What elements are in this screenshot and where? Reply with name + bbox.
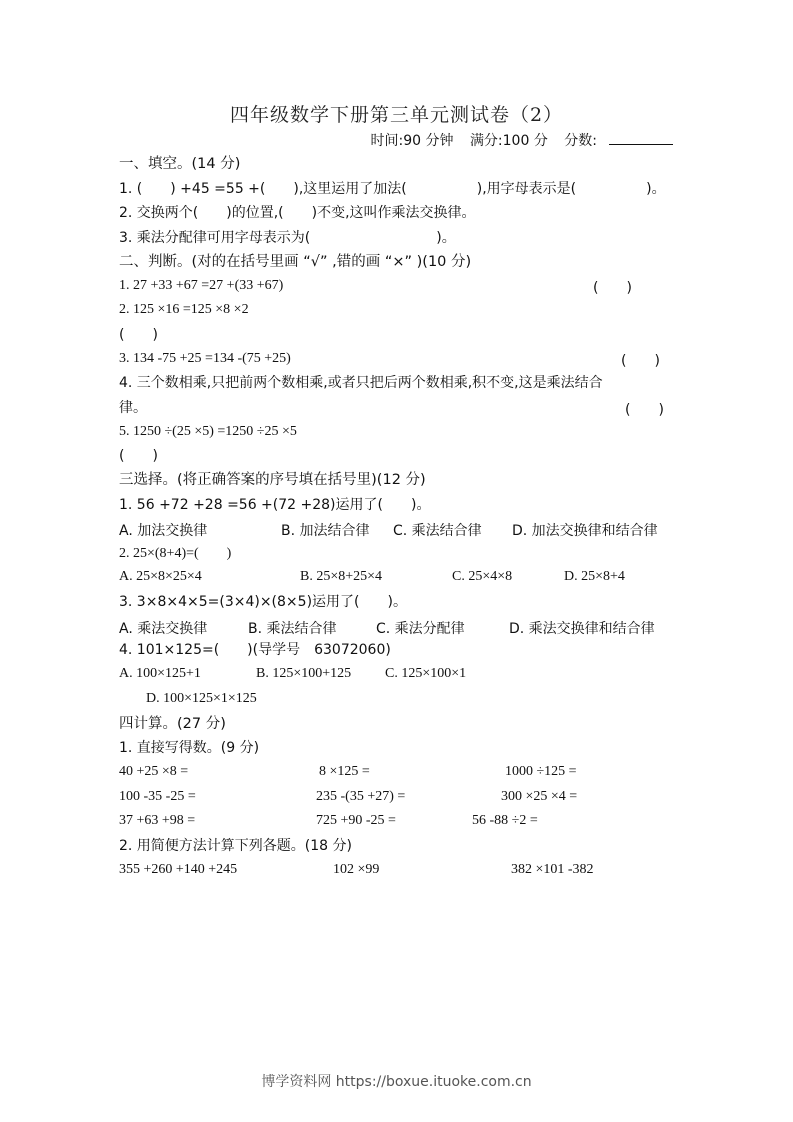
footer-watermark: 博学资料网 https://boxue.ituoke.com.cn — [0, 1071, 793, 1091]
choice-q2: 2. 25×(8+4)=( ) — [119, 545, 231, 563]
judge-item-5: 5. 1250 ÷(25 ×5) =1250 ÷25 ×5 — [119, 423, 297, 441]
choice-q3-b[interactable]: B. 乘法结合律 — [248, 618, 337, 638]
choice-q3-a[interactable]: A. 乘法交换律 — [119, 618, 207, 638]
calc-3-1: 37 +63 +98 = — [119, 813, 195, 829]
choice-q1-d[interactable]: D. 加法交换律和结合律 — [512, 520, 658, 540]
score-blank[interactable] — [609, 131, 673, 145]
calc-3-2: 725 +90 -25 = — [316, 813, 396, 829]
judge-paren-2[interactable]: ( ) — [119, 326, 158, 344]
simplify-2: 102 ×99 — [333, 862, 379, 878]
simplify-3: 382 ×101 -382 — [511, 862, 594, 878]
choice-q4-d[interactable]: D. 100×125×1×125 — [146, 691, 257, 707]
judge-item-1: 1. 27 +33 +67 =27 +(33 +67) — [119, 277, 283, 295]
choice-q3: 3. 3×8×4×5=(3×4)×(8×5)运用了( )。 — [119, 593, 407, 611]
choice-q2-d[interactable]: D. 25×8+4 — [564, 569, 625, 585]
simplify-1: 355 +260 +140 +245 — [119, 862, 237, 878]
choice-q1-b[interactable]: B. 加法结合律 — [281, 520, 370, 540]
choice-q4: 4. 101×125=( )(导学号 63072060) — [119, 641, 391, 659]
page-title: 四年级数学下册第三单元测试卷（2） — [0, 100, 793, 127]
judge-item-4: 4. 三个数相乘,只把前两个数相乘,或者只把后两个数相乘,积不变,这是乘法结合 — [119, 374, 603, 392]
calc-2-2: 235 -(35 +27) = — [316, 789, 405, 805]
calc-sub2-heading: 2. 用简便方法计算下列各题。(18 分) — [119, 837, 352, 855]
choice-q4-c[interactable]: C. 125×100×1 — [385, 666, 466, 682]
judge-paren-3[interactable]: ( ) — [621, 350, 660, 370]
time-limit: 时间:90 分钟 — [371, 133, 454, 149]
calc-sub1-heading: 1. 直接写得数。(9 分) — [119, 739, 259, 757]
score-label: 分数: — [564, 133, 597, 149]
judge-paren-5[interactable]: ( ) — [119, 447, 158, 465]
calc-1-1: 40 +25 ×8 = — [119, 764, 188, 780]
choice-q4-a[interactable]: A. 100×125+1 — [119, 666, 201, 682]
choice-q1: 1. 56 +72 +28 =56 +(72 +28)运用了( )。 — [119, 496, 430, 514]
section3-heading: 三选择。(将正确答案的序号填在括号里)(12 分) — [119, 471, 426, 489]
section4-heading: 四计算。(27 分) — [119, 715, 226, 733]
choice-q1-c[interactable]: C. 乘法结合律 — [393, 520, 482, 540]
section1-heading: 一、填空。(14 分) — [119, 155, 240, 173]
choice-q3-d[interactable]: D. 乘法交换律和结合律 — [509, 618, 655, 638]
exam-meta: 时间:90 分钟 满分:100 分 分数: — [359, 130, 674, 150]
judge-item-2: 2. 125 ×16 =125 ×8 ×2 — [119, 301, 249, 319]
choice-q2-a[interactable]: A. 25×8×25×4 — [119, 569, 202, 585]
judge-paren-1[interactable]: ( ) — [593, 277, 632, 297]
judge-item-3: 3. 134 -75 +25 =134 -(75 +25) — [119, 350, 291, 368]
choice-q3-c[interactable]: C. 乘法分配律 — [376, 618, 465, 638]
judge-item-4-cont: 律。 — [119, 399, 147, 417]
calc-1-2: 8 ×125 = — [319, 764, 370, 780]
judge-paren-4[interactable]: ( ) — [625, 399, 664, 419]
calc-2-3: 300 ×25 ×4 = — [501, 789, 577, 805]
choice-q2-c[interactable]: C. 25×4×8 — [452, 569, 512, 585]
calc-3-3: 56 -88 ÷2 = — [472, 813, 538, 829]
calc-1-3: 1000 ÷125 = — [505, 764, 577, 780]
choice-q2-b[interactable]: B. 25×8+25×4 — [300, 569, 382, 585]
choice-q4-b[interactable]: B. 125×100+125 — [256, 666, 351, 682]
fill-item-1: 1. ( ) +45 =55 +( ),这里运用了加法( ),用字母表示是( )… — [119, 180, 666, 198]
choice-q1-a[interactable]: A. 加法交换律 — [119, 520, 207, 540]
fill-item-2: 2. 交换两个( )的位置,( )不变,这叫作乘法交换律。 — [119, 204, 476, 222]
full-score: 满分:100 分 — [470, 133, 548, 149]
section2-heading: 二、判断。(对的在括号里画 “√” ,错的画 “×” )(10 分) — [119, 253, 471, 271]
calc-2-1: 100 -35 -25 = — [119, 789, 196, 805]
fill-item-3: 3. 乘法分配律可用字母表示为( )。 — [119, 229, 456, 247]
